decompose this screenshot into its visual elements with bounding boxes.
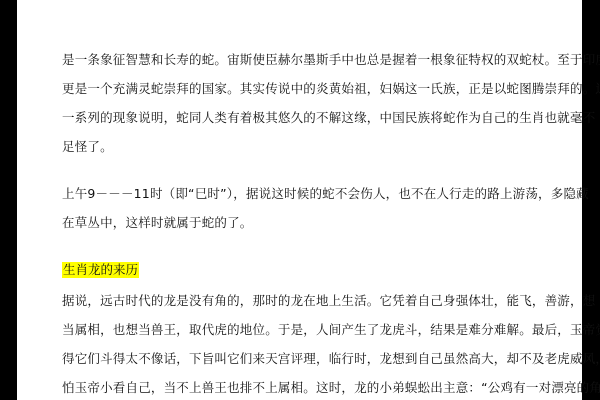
text-line: 怕玉帝小看自己，当不上兽王也排不上属相。这时，龙的小弟蜈蚣出主意：“公鸡有一对漂… xyxy=(62,380,600,396)
document-page: 是一条象征智慧和长寿的蛇。宙斯使臣赫尔墨斯手中也总是握着一根象征特权的双蛇杖。至… xyxy=(17,0,582,400)
text-line: 在草丛中，这样时就属于蛇的了。 xyxy=(62,215,253,231)
text-line: 得它们斗得太不像话，下旨叫它们来天宫评理，临行时，龙想到自己虽然高大，却不及老虎… xyxy=(62,351,600,367)
section-heading: 生肖龙的来历 xyxy=(62,262,139,278)
text-line: 当属相，也想当兽王，取代虎的地位。于是，人间产生了龙虎斗，结果是难分难解。最后，… xyxy=(62,322,600,338)
text-line: 是一条象征智慧和长寿的蛇。宙斯使臣赫尔墨斯手中也总是握着一根象征特权的双蛇杖。至… xyxy=(62,52,600,68)
text-line: 上午9－－－11时（即“巳时”），据说这时候的蛇不会伤人，也不在人行走的路上游荡… xyxy=(62,186,589,202)
text-line: 更是一个充满灵蛇崇拜的国家。其实传说中的炎黄始祖，妇娲这一氏族，正是以蛇图腾崇拜… xyxy=(62,81,600,97)
text-line: 一系列的现象说明，蛇同人类有着极其悠久的不解这缘，中国民族将蛇作为自己的生肖也就… xyxy=(62,110,595,126)
text-line: 足怪了。 xyxy=(62,139,113,155)
text-line: 据说，远古时代的龙是没有角的，那时的龙在地上生活。它凭着自己身强体壮，能飞，善游… xyxy=(62,293,595,309)
